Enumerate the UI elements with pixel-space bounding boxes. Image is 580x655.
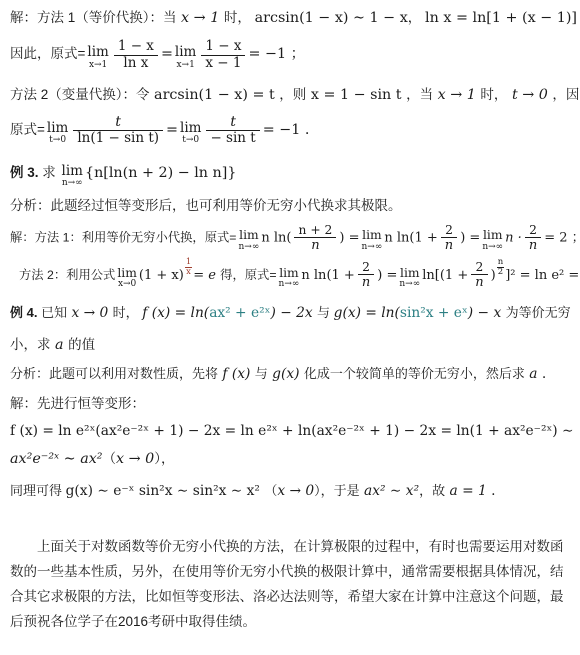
text: 解：方法 1：利用等价无穷小代换，原式= (10, 230, 236, 244)
fraction-denominator: ln(1 − sin t) (73, 131, 163, 147)
fraction: 2n (525, 223, 541, 253)
math-text: f (x) = ln( (142, 305, 209, 321)
fraction-denominator: − sin t (206, 131, 259, 147)
math-text: ln x = ln[1 + (x − 1)] ∼ x − 1 (425, 10, 580, 26)
math-text: ) − 2x (270, 305, 317, 321)
ex4-fx-result-line: ax²e⁻²ˣ ∼ ax²（x → 0）， (10, 449, 574, 470)
text: ，因此， (552, 87, 580, 102)
fraction: 1 − xln x (114, 39, 158, 71)
ex2-method1-intro-line: 解：方法 1（等价代换）：当 x → 1 时， arcsin(1 − x) ∼ … (10, 8, 574, 29)
ex4-solution-intro-line: 解：先进行恒等变形： (10, 394, 574, 414)
math-notes-page: 解：方法 1（等价代换）：当 x → 1 时， arcsin(1 − x) ∼ … (0, 0, 580, 634)
example3-label: 例 3. (10, 165, 39, 180)
exponent-fraction: 1x (185, 258, 192, 278)
limit-operator: limx→1 (175, 46, 196, 70)
text: ）， (154, 451, 174, 466)
text: 同理可得 (10, 483, 66, 498)
math-text-highlight: ax² + e²ˣ (209, 305, 270, 321)
ex2-method1-limit-line: 因此，原式=limx→11 − xln x=limx→11 − xx − 1= … (10, 39, 574, 71)
fraction-denominator: ln x (114, 56, 158, 72)
math-text: (1 + x) (139, 268, 184, 283)
text: 方法 2（变量代换）：令 (10, 87, 150, 102)
ex2-method2-limit-line: 原式=limt→0tln(1 − sin t)=limt→0t− sin t= … (10, 114, 574, 147)
limit-operator: limn→∞ (238, 229, 259, 251)
math-text: x = 1 − sin t (306, 87, 406, 103)
ex3-statement-line: 例 3. 求 limn→∞{n[ln(n + 2) − ln n]} (10, 163, 574, 188)
math-text-highlight: sin²x + eˣ (400, 305, 468, 321)
math-text: f (x) (218, 366, 255, 382)
text: 化成一个较简单的等价无穷小，然后求 (304, 366, 525, 381)
math-text: = −1 . (263, 122, 310, 138)
closing-paragraph: 上面关于对数函数等价无穷小代换的方法，在计算极限的过程中，有时也需要运用对数函数… (10, 534, 572, 634)
fraction-denominator: n (441, 238, 457, 253)
fraction-numerator: 2 (358, 260, 374, 275)
limit-subscript: n→∞ (399, 280, 420, 289)
limit-subscript: n→∞ (279, 280, 300, 289)
math-text: . (542, 366, 546, 382)
math-text: a (525, 366, 542, 382)
lim-symbol: lim (482, 229, 503, 241)
text: 分析：此题可以利用对数性质，先将 (10, 366, 218, 381)
fraction-numerator: 2 (525, 223, 541, 238)
limit-operator: limn→∞ (361, 229, 382, 251)
math-text: t → 0 (507, 87, 552, 103)
lim-symbol: lim (361, 229, 382, 241)
math-text: x → 0 (116, 451, 154, 467)
lim-symbol: lim (175, 46, 196, 60)
limit-subscript: x→1 (87, 61, 108, 70)
math-text: g(x) ∼ e⁻ˣ sin²x ∼ sin²x ∼ x² (66, 483, 265, 499)
text: 时， (480, 87, 507, 102)
ex3-analysis-line: 分析：此题经过恒等变形后，也可利用等价无穷小代换求其极限。 (10, 196, 574, 216)
limit-subscript: x→1 (175, 61, 196, 70)
lim-symbol: lim (87, 46, 108, 60)
fraction: t− sin t (206, 114, 259, 147)
text: 为等价无穷 (506, 305, 571, 320)
math-text: ]² = ln e² = 2 . (505, 268, 580, 283)
math-text: ax²e⁻²ˣ ∼ ax² (10, 451, 103, 467)
fraction-denominator: n (471, 275, 487, 290)
text: 已知 (37, 305, 67, 320)
ex4-statement-line: 例 4. 已知 x → 0 时， f (x) = ln(ax² + e²ˣ) −… (10, 303, 574, 324)
ex2-method2-intro-line: 方法 2（变量代换）：令 arcsin(1 − x) = t ，则 x = 1 … (10, 85, 574, 106)
lim-symbol: lim (238, 229, 259, 241)
math-text: g(x) = ln( (334, 305, 400, 321)
math-text: arcsin(1 − x) ∼ 1 − x (255, 10, 408, 26)
fraction-numerator: 1 − x (201, 39, 245, 56)
text: ，则 (279, 87, 306, 102)
fraction: n + 2n (294, 223, 336, 253)
lim-symbol: lim (117, 267, 137, 279)
limit-operator: limt→0 (180, 122, 201, 146)
lim-symbol: lim (180, 122, 201, 136)
limit-subscript: n→∞ (238, 243, 259, 252)
fraction-numerator: t (73, 114, 163, 131)
fraction-denominator: n (525, 238, 541, 253)
math-text: = (161, 47, 173, 63)
lim-symbol: lim (62, 165, 83, 179)
limit-subscript: x→0 (117, 280, 137, 289)
text: 时， (113, 305, 143, 320)
fraction-numerator: 2 (441, 223, 457, 238)
text: （ (103, 451, 117, 466)
text: 求 (39, 165, 60, 180)
math-text: ) − x (468, 305, 506, 321)
limit-operator: limn→∞ (399, 267, 420, 289)
math-text: x → 1 (433, 87, 480, 103)
fraction: tln(1 − sin t) (73, 114, 163, 147)
text: 得，原式= (220, 268, 276, 282)
math-text: n ln( (261, 230, 291, 245)
limit-operator: limx→1 (87, 46, 108, 70)
text: 因此，原式= (10, 47, 85, 62)
limit-subscript: t→0 (180, 136, 201, 145)
math-text: a (51, 337, 69, 353)
fraction-numerator: t (206, 114, 259, 131)
fraction-numerator: 1 − x (114, 39, 158, 56)
math-text: ) = (377, 268, 397, 283)
lim-symbol: lim (399, 267, 420, 279)
text: ），于是 (314, 483, 360, 498)
fraction: 2n (358, 260, 374, 290)
math-text: ) = (339, 230, 359, 245)
math-text: ) (491, 268, 496, 283)
text: 小，求 (10, 337, 51, 352)
fraction: 2n (441, 223, 457, 253)
math-text: x → 1 (177, 10, 224, 26)
ex4-gx-conclusion-line: 同理可得 g(x) ∼ e⁻ˣ sin²x ∼ sin²x ∼ x² （x → … (10, 481, 574, 502)
math-text: = −1 ； (248, 47, 304, 63)
fraction-denominator: x − 1 (201, 56, 245, 72)
math-text: . (487, 483, 496, 499)
limit-subscript: t→0 (47, 136, 68, 145)
ex4-statement-continue-line: 小，求 a 的值 (10, 335, 574, 356)
math-text: ln[(1 + (422, 268, 468, 283)
ex4-fx-transform-line: f (x) = ln e²ˣ(ax²e⁻²ˣ + 1) − 2x = ln e²… (10, 421, 574, 442)
fraction-numerator: 2 (471, 260, 487, 275)
math-text: = (166, 122, 178, 138)
math-text: = 2 ； (544, 230, 580, 245)
exponent-fraction: n2 (497, 258, 504, 278)
text: 上面关于对数函数等价无穷小代换的方法，在计算极限的过程中，有时也需要运用对数函数… (10, 539, 564, 629)
limit-subscript: n→∞ (361, 243, 382, 252)
text: 时， (224, 10, 255, 25)
math-text: arcsin(1 − x) = t (150, 87, 280, 103)
fraction-denominator: n (358, 275, 374, 290)
text: ， (408, 10, 425, 25)
limit-subscript: n→∞ (482, 243, 503, 252)
limit-operator: limn→∞ (482, 229, 503, 251)
math-text: n ln(1 + (301, 268, 354, 283)
text: ，故 (419, 483, 445, 498)
fraction-numerator: n + 2 (294, 223, 336, 238)
example4-label: 例 4. (10, 305, 37, 320)
math-text: ) = (460, 230, 480, 245)
limit-operator: limn→∞ (62, 165, 83, 189)
text: 原式= (10, 122, 45, 137)
text: 的值 (68, 337, 95, 352)
fraction: 1 − xx − 1 (201, 39, 245, 71)
limit-operator: limn→∞ (279, 267, 300, 289)
math-text: = e (193, 268, 220, 283)
fraction-denominator: n (294, 238, 336, 253)
math-text: n ln(1 + (384, 230, 437, 245)
text: 解：方法 1（等价代换）：当 (10, 10, 177, 25)
ex4-analysis-line: 分析：此题可以利用对数性质，先将 f (x) 与 g(x) 化成一个较简单的等价… (10, 364, 574, 385)
lim-symbol: lim (279, 267, 300, 279)
math-text: n · (505, 230, 522, 245)
text: 与 (317, 305, 334, 320)
exponent-denominator: 2 (497, 268, 504, 277)
text: 分析：此题经过恒等变形后，也可利用等价无穷小代换求其极限。 (10, 198, 402, 213)
fraction: 2n (471, 260, 487, 290)
text: 解：先进行恒等变形： (10, 396, 145, 411)
limit-operator: limt→0 (47, 122, 68, 146)
math-text: x → 0 (277, 483, 314, 499)
math-text: x → 0 (67, 305, 113, 321)
math-text: ax² ∼ x² (360, 483, 419, 499)
math-text: a = 1 (445, 483, 487, 499)
math-text: g(x) (268, 366, 304, 382)
math-text: {n[ln(n + 2) − ln n]} (85, 165, 236, 181)
limit-subscript: n→∞ (62, 179, 83, 188)
text: 方法 2：利用公式 (19, 268, 115, 282)
math-text: f (x) = ln e²ˣ(ax²e⁻²ˣ + 1) − 2x = ln e²… (10, 423, 574, 439)
lim-symbol: lim (47, 122, 68, 136)
exponent-denominator: x (185, 268, 192, 277)
text: （ (264, 483, 277, 498)
text: 与 (255, 366, 268, 381)
ex3-method1-line: 解：方法 1：利用等价无穷小代换，原式=limn→∞n ln(n + 2n) =… (10, 223, 574, 253)
limit-operator: limx→0 (117, 267, 137, 289)
ex3-method2-line: 方法 2：利用公式limx→0(1 + x)1x= e 得，原式=limn→∞n… (10, 258, 574, 291)
text: ，当 (406, 87, 433, 102)
